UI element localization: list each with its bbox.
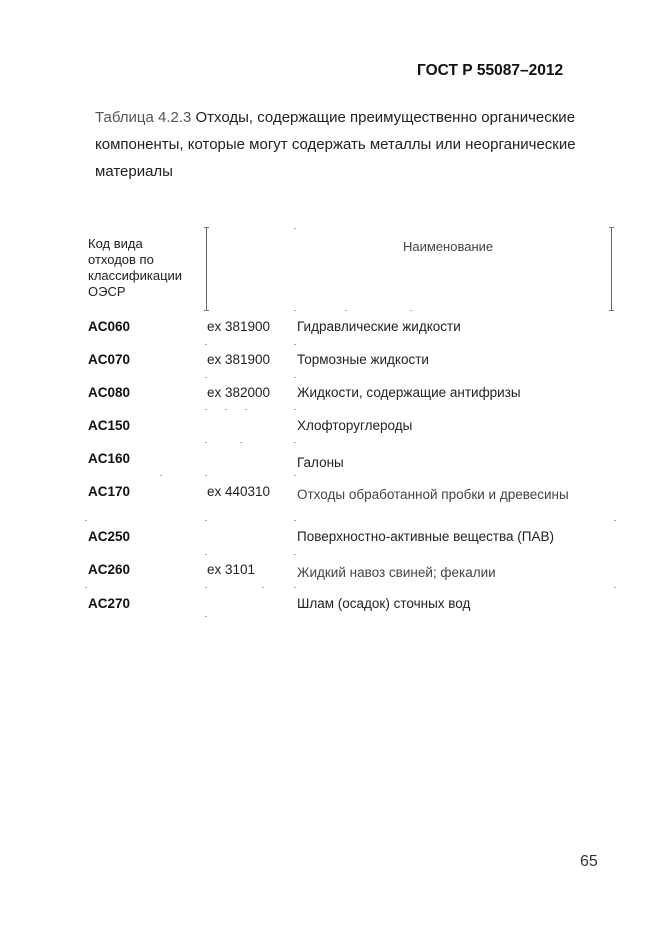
waste-name: Жидкости, содержащие антифризы xyxy=(297,385,521,400)
caption-line-1: Таблица 4.2.3 Отходы, содержащие преимущ… xyxy=(95,104,615,131)
grid-dot xyxy=(410,310,412,311)
grid-dot xyxy=(294,475,296,476)
waste-code: AC070 xyxy=(88,352,130,367)
grid-dot xyxy=(345,310,347,311)
divider-tick xyxy=(204,227,209,228)
grid-dot xyxy=(294,310,296,311)
table-row: AC260 ex 3101 Жидкий навоз свиней; фекал… xyxy=(0,562,661,582)
waste-code: AC150 xyxy=(88,418,130,433)
grid-dot xyxy=(240,442,242,443)
grid-dot xyxy=(294,554,296,555)
header-line: Код вида xyxy=(88,236,203,252)
grid-dot xyxy=(205,554,207,555)
table-row: AC170 ex 440310 Отходы обработанной проб… xyxy=(0,484,661,504)
waste-code: AC260 xyxy=(88,562,130,577)
table-row: AC160 Галоны xyxy=(0,451,661,471)
column-divider xyxy=(611,227,612,311)
grid-dot xyxy=(294,228,296,229)
waste-code: AC170 xyxy=(88,484,130,499)
grid-dot xyxy=(225,409,227,410)
waste-name: Отходы обработанной пробки и древесины xyxy=(297,487,569,502)
grid-dot xyxy=(205,344,207,345)
hs-code: ex 3101 xyxy=(207,562,255,577)
grid-dot xyxy=(614,520,616,521)
grid-dot xyxy=(85,520,87,521)
grid-dot xyxy=(160,475,162,476)
grid-dot xyxy=(205,409,207,410)
hs-code: ex 381900 xyxy=(207,319,270,334)
grid-dot xyxy=(294,587,296,588)
grid-dot xyxy=(294,520,296,521)
header-line: ОЭСР xyxy=(88,284,203,300)
table-caption: Таблица 4.2.3 Отходы, содержащие преимущ… xyxy=(95,104,615,185)
caption-label: Таблица 4.2.3 xyxy=(95,109,191,126)
waste-code: AC250 xyxy=(88,529,130,544)
waste-code: AC270 xyxy=(88,596,130,611)
grid-dot xyxy=(85,587,87,588)
table-row: AC070 ex 381900 Тормозные жидкости xyxy=(0,352,661,372)
caption-line-3: материалы xyxy=(95,158,615,185)
grid-dot xyxy=(294,409,296,410)
waste-name: Шлам (осадок) сточных вод xyxy=(297,596,470,611)
table-row: AC270 Шлам (осадок) сточных вод xyxy=(0,596,661,616)
grid-dot xyxy=(205,587,207,588)
waste-code: AC160 xyxy=(88,451,130,466)
grid-dot xyxy=(294,344,296,345)
grid-dot xyxy=(294,377,296,378)
caption-text: Отходы, содержащие преимущественно орган… xyxy=(191,109,575,126)
table-row: AC150 Хлофторуглероды xyxy=(0,418,661,438)
table-row: AC250 Поверхностно-активные вещества (ПА… xyxy=(0,529,661,549)
hs-code: ex 440310 xyxy=(207,484,270,499)
waste-code: AC060 xyxy=(88,319,130,334)
waste-name: Поверхностно-активные вещества (ПАВ) xyxy=(297,529,554,544)
grid-dot xyxy=(262,587,264,588)
header-line: классификации xyxy=(88,268,203,284)
waste-name: Галоны xyxy=(297,455,344,470)
waste-name: Тормозные жидкости xyxy=(297,352,429,367)
table-row: AC080 ex 382000 Жидкости, содержащие ант… xyxy=(0,385,661,405)
page-number: 65 xyxy=(580,853,598,871)
waste-name: Хлофторуглероды xyxy=(297,418,412,433)
grid-dot xyxy=(205,442,207,443)
column-header-code: Код вида отходов по классификации ОЭСР xyxy=(88,236,203,300)
hs-code: ex 381900 xyxy=(207,352,270,367)
waste-name: Жидкий навоз свиней; фекалии xyxy=(297,565,496,580)
grid-dot xyxy=(205,520,207,521)
grid-dot xyxy=(205,616,207,617)
column-divider xyxy=(206,227,207,311)
divider-tick xyxy=(609,310,614,311)
grid-dot xyxy=(614,587,616,588)
table-row: AC060 ex 381900 Гидравлические жидкости xyxy=(0,319,661,339)
document-code: ГОСТ Р 55087–2012 xyxy=(417,62,563,80)
grid-dot xyxy=(245,409,247,410)
column-header-name: Наименование xyxy=(403,239,493,254)
grid-dot xyxy=(294,442,296,443)
grid-dot xyxy=(205,377,207,378)
caption-line-2: компоненты, которые могут содержать мета… xyxy=(95,131,615,158)
waste-code: AC080 xyxy=(88,385,130,400)
waste-name: Гидравлические жидкости xyxy=(297,319,461,334)
divider-tick xyxy=(204,310,209,311)
header-line: отходов по xyxy=(88,252,203,268)
hs-code: ex 382000 xyxy=(207,385,270,400)
divider-tick xyxy=(609,227,614,228)
grid-dot xyxy=(205,475,207,476)
